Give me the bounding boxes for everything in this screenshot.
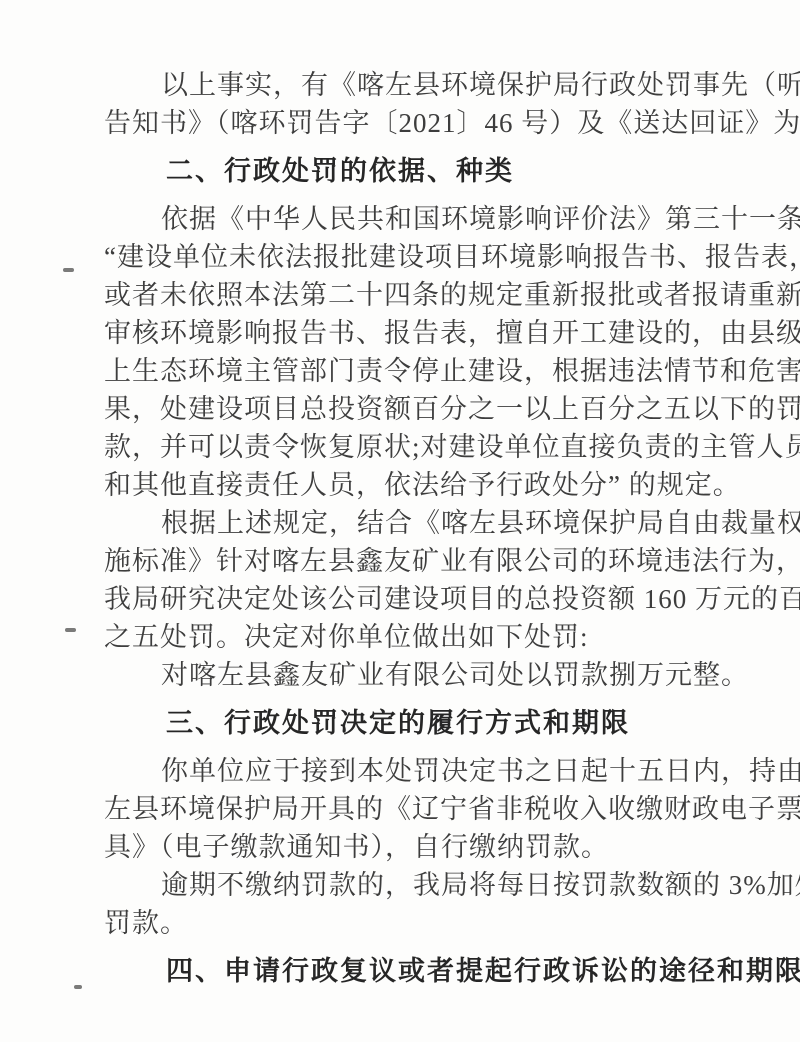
document-line: 审核环境影响报告书、报告表，擅自开工建设的，由县级以 xyxy=(104,314,714,352)
document-line: 施标准》针对喀左县鑫友矿业有限公司的环境违法行为，经 xyxy=(104,542,714,580)
document-line: 果，处建设项目总投资额百分之一以上百分之五以下的罚 xyxy=(104,390,714,428)
document-line: “建设单位未依法报批建设项目环境影响报告书、报告表， xyxy=(104,238,714,276)
section-heading-4-appeal: 四、申请行政复议或者提起行政诉讼的途径和期限 xyxy=(104,952,714,990)
document-line: 依据《中华人民共和国环境影响评价法》第三十一条: xyxy=(104,200,714,238)
document-line: 罚款。 xyxy=(104,904,714,942)
scan-mark xyxy=(74,985,82,989)
document-line: 款，并可以责令恢复原状;对建设单位直接负责的主管人员 xyxy=(104,428,714,466)
document-line: 上生态环境主管部门责令停止建设，根据违法情节和危害后 xyxy=(104,352,714,390)
document-line: 我局研究决定处该公司建设项目的总投资额 160 万元的百分 xyxy=(104,580,714,618)
document-line: 左县环境保护局开具的《辽宁省非税收入收缴财政电子票 xyxy=(104,790,714,828)
penalty-statement-line: 对喀左县鑫友矿业有限公司处以罚款捌万元整。 xyxy=(104,656,714,694)
document-text-block: 以上事实，有《喀左县环境保护局行政处罚事先（听证） 告知书》（喀环罚告字〔202… xyxy=(104,0,714,1000)
scan-mark xyxy=(63,268,74,272)
scan-mark xyxy=(65,628,76,632)
section-heading-2-basis: 二、行政处罚的依据、种类 xyxy=(104,152,714,190)
document-line: 根据上述规定，结合《喀左县环境保护局自由裁量权实 xyxy=(104,504,714,542)
document-line: 告知书》（喀环罚告字〔2021〕46 号）及《送达回证》为证。 xyxy=(104,104,714,142)
document-line: 逾期不缴纳罚款的，我局将每日按罚款数额的 3%加处 xyxy=(104,866,714,904)
document-line: 具》（电子缴款通知书），自行缴纳罚款。 xyxy=(104,828,714,866)
section-heading-3-payment: 三、行政处罚决定的履行方式和期限 xyxy=(104,704,714,742)
document-line: 以上事实，有《喀左县环境保护局行政处罚事先（听证） xyxy=(104,66,714,104)
document-line: 之五处罚。决定对你单位做出如下处罚: xyxy=(104,618,714,656)
document-line: 和其他直接责任人员，依法给予行政处分” 的规定。 xyxy=(104,466,714,504)
document-line: 或者未依照本法第二十四条的规定重新报批或者报请重新 xyxy=(104,276,714,314)
scanned-document-page: 以上事实，有《喀左县环境保护局行政处罚事先（听证） 告知书》（喀环罚告字〔202… xyxy=(0,0,800,1042)
document-line: 你单位应于接到本处罚决定书之日起十五日内，持由喀 xyxy=(104,752,714,790)
